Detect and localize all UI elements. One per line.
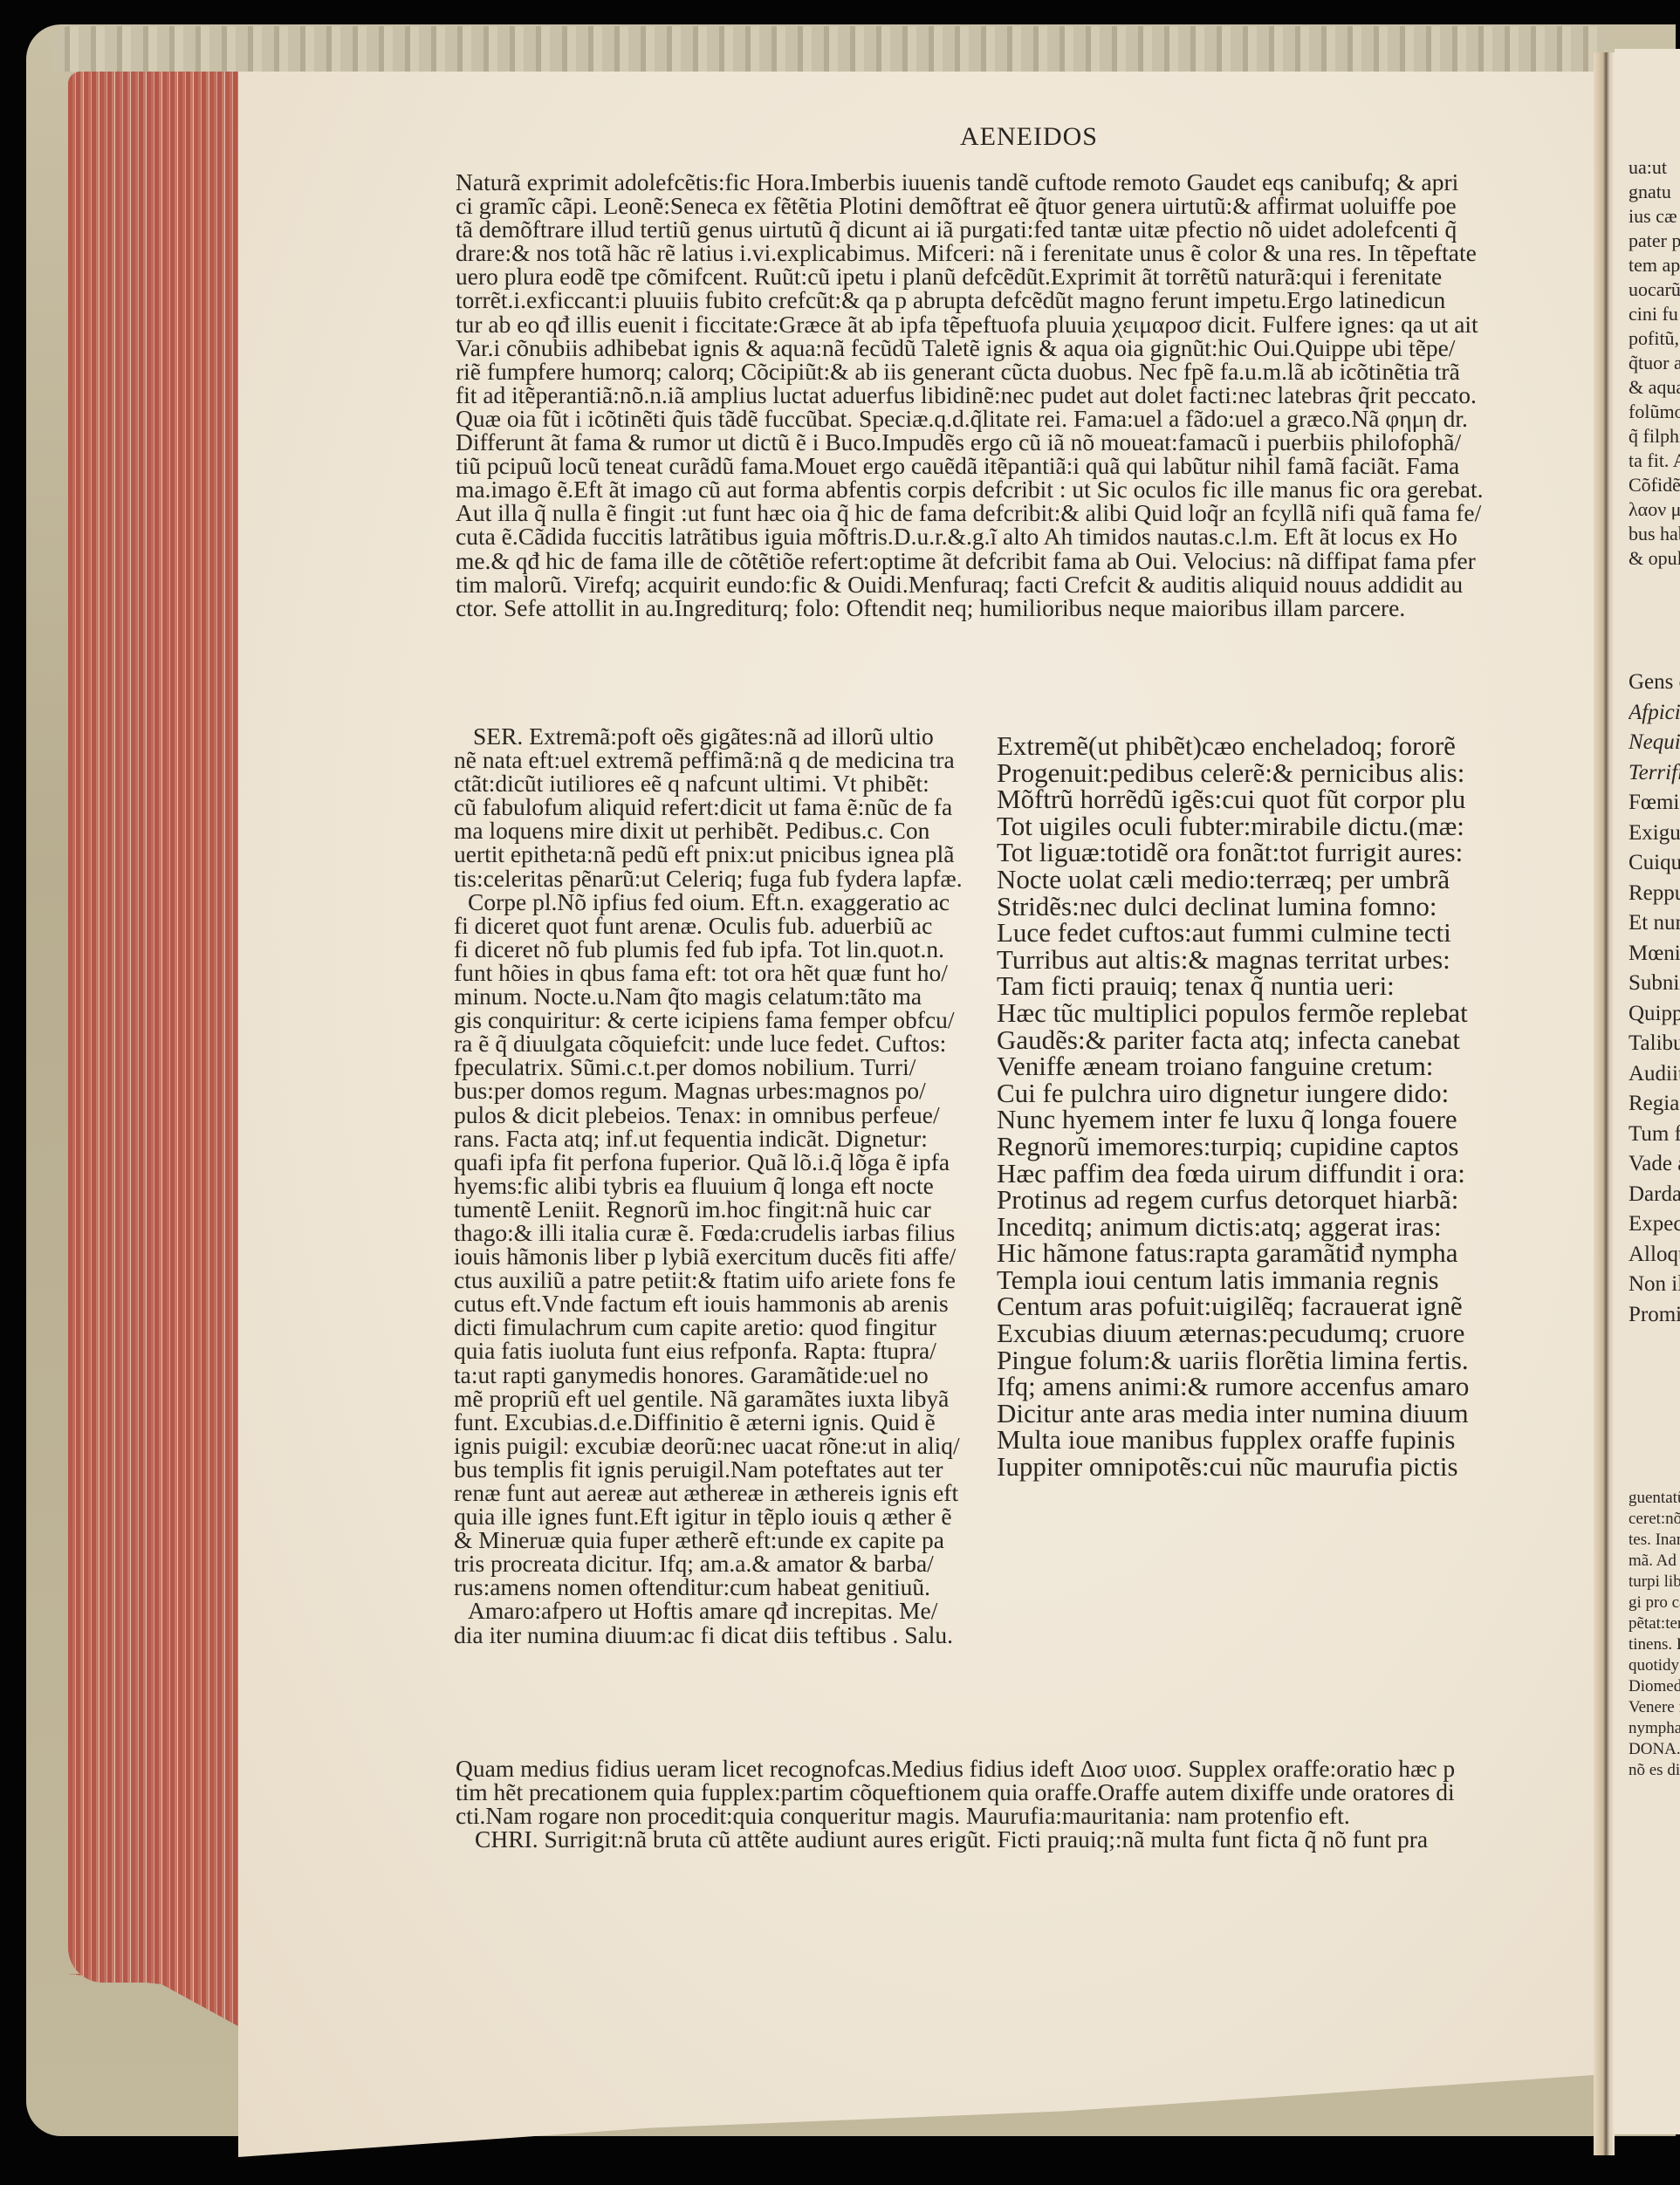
text-line: Quam medius fidius ueram licet recognofc… xyxy=(456,1757,1581,1780)
text-line: torrẽt.i.exficcant:i pluuiis fubito cref… xyxy=(456,288,1581,312)
text-line: cũ fabulofum aliquid refert:dicit ut fam… xyxy=(454,795,1012,819)
fragment: tes. Inanẽ xyxy=(1629,1530,1680,1551)
text-line: Naturã exprimit adolefcẽtis:fic Hora.Imb… xyxy=(456,170,1581,194)
text-line: cuta ẽ.Cãdida fuccitis latrãtibus iguia … xyxy=(456,524,1581,548)
text-line: ignis puigil: excubiæ deorũ:nec uacat rõ… xyxy=(454,1434,1012,1457)
text-line: bus templis fit ignis peruigil.Nam potef… xyxy=(454,1457,1012,1481)
red-stained-page-edges xyxy=(68,72,238,1983)
text-line: funt hõies in qbus fama eft: tot ora hẽt… xyxy=(454,961,1012,984)
fragment: mã. Ad n xyxy=(1629,1551,1680,1572)
verse-line: Protinus ad regem curfus detorquet hiarb… xyxy=(997,1187,1469,1214)
text-line: bus:per domos regum. Magnas urbes:magnos… xyxy=(454,1079,1012,1102)
text-line: drare:& nos totã hãc rẽ latius i.vi.expl… xyxy=(456,241,1581,264)
text-line: quia fatis iuoluta funt eius refponfa. R… xyxy=(454,1339,1012,1362)
text-line: ta:ut rapti ganymedis honores. Garamãtid… xyxy=(454,1363,1012,1387)
text-line: SER. Extremã:poft oẽs gigãtes:nã ad illo… xyxy=(454,724,1012,748)
fragment: Audiit o xyxy=(1629,1059,1680,1090)
verse-line: Nunc hyemem inter fe luxu q̃ longa fouer… xyxy=(997,1106,1469,1134)
verse-line: Turribus aut altis:& magnas territat urb… xyxy=(997,947,1469,974)
verse-line: Veniffe æneam troiano fanguine cretum: xyxy=(997,1053,1469,1080)
text-line: iouis hãmonis liber p lybiã exercitum du… xyxy=(454,1244,1012,1268)
fragment: & aqua xyxy=(1629,375,1680,400)
fragment: Et nunc xyxy=(1629,908,1680,939)
text-line: rus:amens nomen oftenditur:cum habeat ge… xyxy=(454,1575,1012,1599)
fragment: pofitũ, xyxy=(1629,326,1680,351)
fragment: Reppu xyxy=(1629,879,1680,909)
fragment: Alloque xyxy=(1629,1240,1680,1271)
fragment: Diomedis xyxy=(1629,1676,1680,1697)
fragment: Expecta xyxy=(1629,1209,1680,1240)
text-line: cutus eft.Vnde factum eft iouis hammonis… xyxy=(454,1291,1012,1315)
book-gutter xyxy=(1594,52,1615,2155)
fragment: pẽtat:terit xyxy=(1629,1613,1680,1634)
text-line: thago:& illi italia curæ ẽ. Fœda:crudeli… xyxy=(454,1221,1012,1244)
fragment: Subnix xyxy=(1629,969,1680,999)
text-line: cti.Nam rogare non procedit:quia conquer… xyxy=(456,1804,1581,1827)
text-line: tis:celeritas pẽnarũ:ut Celeriq; fuga fu… xyxy=(454,866,1012,890)
fragment: Promifit xyxy=(1629,1300,1680,1331)
text-line: quafi ipfa fit perfona fuperior. Quã lõ.… xyxy=(454,1150,1012,1174)
verse-line: Dicitur ante aras media inter numina diu… xyxy=(997,1401,1469,1428)
fragment: turpi liber xyxy=(1629,1572,1680,1593)
fragment: nymphas: xyxy=(1629,1718,1680,1739)
fragment: nõ es dign xyxy=(1629,1760,1680,1781)
aeneid-verse-text: Extremẽ(ut phibẽt)cæo encheladoq; fororẽ… xyxy=(997,733,1469,1481)
text-line: fit ad itẽperantiã:nõ.n.iã amplius lucta… xyxy=(456,383,1581,407)
text-line: tim hẽt precationem quia fupplex:partim … xyxy=(456,1780,1581,1804)
verse-line: Luce fedet cuftos:aut fummi culmine tect… xyxy=(997,920,1469,947)
text-line: uertit epitheta:nã pedũ eft pnix:ut pnic… xyxy=(454,842,1012,866)
verse-line: Inceditq; animum dictis:atq; aggerat ira… xyxy=(997,1214,1469,1241)
fragment: Cõfidẽs xyxy=(1629,473,1680,497)
text-line: nẽ nata eft:uel extremã peffimã:nã q de … xyxy=(454,748,1012,771)
text-line: Corpe pl.Nõ ipfius fed oium. Eft.n. exag… xyxy=(454,890,1012,914)
text-line: tur ab eo qđ illis euenit i ficcitate:Gr… xyxy=(456,312,1581,336)
fragment: Regia:& xyxy=(1629,1089,1680,1120)
text-line: dicti fimulachrum cum capite aretio: quo… xyxy=(454,1315,1012,1339)
binding-headcap xyxy=(52,26,1606,72)
fragment: DONA. xyxy=(1629,1739,1680,1760)
text-line: quia ille ignes funt.Eft igitur in tẽplo… xyxy=(454,1504,1012,1528)
verse-line: Hæc tũc multiplici populos fermõe repleb… xyxy=(997,1000,1469,1027)
fragment: Fœmin xyxy=(1629,788,1680,819)
fragment: pater p xyxy=(1629,229,1680,253)
text-line: pulos & dicit plebeios. Tenax: in omnibu… xyxy=(454,1103,1012,1127)
text-line: fpeculatrix. Sũmi.c.t.per domos nobilium… xyxy=(454,1055,1012,1079)
facing-page-verse-fragments: Gens ep Afpicis Nequi Terrific Fœmin Exi… xyxy=(1629,668,1680,1330)
text-line: Amaro:afpero ut Hoftis amare qđ increpit… xyxy=(454,1599,1012,1622)
verse-line: Hæc paffim dea fœda uirum diffundit i or… xyxy=(997,1161,1469,1188)
text-line: fi diceret nõ fub plumis fed fub ipfa. T… xyxy=(454,937,1012,961)
fragment: cini fu xyxy=(1629,302,1680,326)
fragment: bus hab xyxy=(1629,522,1680,546)
fragment: tem ap xyxy=(1629,253,1680,277)
text-line: rans. Facta atq; inf.ut fequentia indicã… xyxy=(454,1127,1012,1150)
verse-line: Iuppiter omnipotẽs:cui nũc maurufia pict… xyxy=(997,1454,1469,1481)
fragment: Tum fic xyxy=(1629,1120,1680,1150)
fragment: λαον μ xyxy=(1629,497,1680,522)
verse-line: Multa ioue manibus fupplex oraffe fupini… xyxy=(997,1427,1469,1454)
text-line: ctus auxiliũ a patre petiit:& ftatim uif… xyxy=(454,1268,1012,1291)
text-line: ctor. Sefe attollit in au.Ingrediturq; f… xyxy=(456,596,1581,620)
text-line: CHRI. Surrigit:nã bruta cũ attẽte audiun… xyxy=(456,1827,1581,1851)
fragment: quotidy de xyxy=(1629,1655,1680,1676)
fragment: gi pro car xyxy=(1629,1593,1680,1613)
text-line: funt. Excubias.d.e.Diffinitio ẽ æterni i… xyxy=(454,1410,1012,1434)
text-line: minum. Nocte.u.Nam q̃to magis celatum:tã… xyxy=(454,984,1012,1008)
fragment: folũmo xyxy=(1629,400,1680,424)
verse-line: Mõftrũ horrẽdũ igẽs:cui quot fũt corpor … xyxy=(997,786,1469,813)
text-line: renæ funt aut aereæ aut æthereæ in æther… xyxy=(454,1481,1012,1504)
verse-line: Extremẽ(ut phibẽt)cæo encheladoq; fororẽ xyxy=(997,733,1469,760)
fragment: Cuique xyxy=(1629,848,1680,879)
verse-line: Tam ficti prauiq; tenax q̃ nuntia ueri: xyxy=(997,973,1469,1000)
fragment: q̃tuor a xyxy=(1629,351,1680,375)
fragment: Venere fit xyxy=(1629,1697,1680,1718)
fragment: guentatũ f xyxy=(1629,1488,1680,1509)
verse-line: Hic hãmone fatus:rapta garamãtiđ nympha xyxy=(997,1240,1469,1267)
facing-page-top-fragments: ua:ut gnatu ius cæ pater p tem ap uocarũ… xyxy=(1629,155,1680,571)
verse-line: Cui fe pulchra uiro dignetur iungere did… xyxy=(997,1080,1469,1107)
verse-line: Templa ioui centum latis immania regnis xyxy=(997,1267,1469,1294)
verse-line: Ifq; amens animi:& rumore accenfus amaro xyxy=(997,1373,1469,1401)
fragment: tinens. Bi xyxy=(1629,1634,1680,1655)
fragment: gnatu xyxy=(1629,180,1680,204)
text-line: fi diceret quot funt arenæ. Oculis fub. … xyxy=(454,914,1012,937)
fragment: Mœnia xyxy=(1629,939,1680,969)
text-line: me.& qđ hic de fama ille de cõtẽtiõe ref… xyxy=(456,549,1581,572)
fragment: ceret:nõ m xyxy=(1629,1509,1680,1530)
commentary-left-column: SER. Extremã:poft oẽs gigãtes:nã ad illo… xyxy=(454,724,1012,1647)
fragment: ius cæ xyxy=(1629,204,1680,229)
text-line: uero plura eodẽ tpe cõmifcent. Ruũt:cũ i… xyxy=(456,264,1581,288)
fragment: Nequi xyxy=(1629,728,1680,758)
text-line: ma.imago ẽ.Eft ãt imago cũ aut forma abf… xyxy=(456,477,1581,501)
text-line: hyems:fic alibi tybris ea fluuium q̃ lon… xyxy=(454,1174,1012,1197)
text-line: tris procreata dicitur. Ifq; am.a.& amat… xyxy=(454,1551,1012,1575)
fragment: & opulẽ xyxy=(1629,546,1680,571)
text-line: mẽ propriũ eft uel gentile. Nã garamãtes… xyxy=(454,1387,1012,1410)
text-line: gis conquiritur: & certe icipiens fama f… xyxy=(454,1008,1012,1031)
text-line: ra ẽ q̃ diuulgata cõquiefcit: unde luce … xyxy=(454,1031,1012,1055)
facing-page-bottom-fragments: guentatũ f ceret:nõ m tes. Inanẽ mã. Ad … xyxy=(1629,1488,1680,1781)
text-line: Differunt ãt fama & rumor ut dictũ ẽ i B… xyxy=(456,430,1581,454)
fragment: q̃ filphi xyxy=(1629,424,1680,449)
running-head: AENEIDOS xyxy=(960,122,1098,152)
fragment: Dardani xyxy=(1629,1180,1680,1210)
fragment: Non illu xyxy=(1629,1270,1680,1300)
verse-line: Stridẽs:nec dulci declinat lumina fomno: xyxy=(997,894,1469,921)
text-line: Aut illa q̃ nulla ẽ fingit :ut funt hæc … xyxy=(456,501,1581,524)
text-line: tã demõftrare illud tertiũ genus uirtutũ… xyxy=(456,217,1581,241)
verse-line: Centum aras pofuit:uigilẽq; facrauerat i… xyxy=(997,1293,1469,1320)
fragment: uocarũ xyxy=(1629,277,1680,302)
verse-line: Gaudẽs:& pariter facta atq; infecta cane… xyxy=(997,1027,1469,1054)
text-line: riẽ fumpfere humorq; calorq; Cõcipiũt:& … xyxy=(456,360,1581,383)
text-line: Quæ oia fũt i icõtinẽti q̃uis tãdẽ fuccũ… xyxy=(456,407,1581,430)
fragment: ta fit. A xyxy=(1629,449,1680,473)
verse-line: Nocte uolat cæli medio:terræq; per umbrã xyxy=(997,866,1469,894)
text-line: Var.i cõnubiis adhibebat ignis & aqua:nã… xyxy=(456,336,1581,360)
fragment: Terrific xyxy=(1629,758,1680,789)
fragment: Quipp xyxy=(1629,999,1680,1030)
text-line: tim malorũ. Virefq; acquirit eundo:fic &… xyxy=(456,572,1581,596)
verse-line: Pingue folum:& uariis florẽtia limina fe… xyxy=(997,1347,1469,1374)
text-line: ctãt:dicũt iutiliores eẽ q nafcunt ultim… xyxy=(454,771,1012,795)
fragment: Vade ag xyxy=(1629,1149,1680,1180)
text-line: ma loquens mire dixit ut perhibẽt. Pedib… xyxy=(454,819,1012,842)
text-line: dia iter numina diuum:ac fi dicat diis t… xyxy=(454,1623,1012,1647)
fragment: Talibus xyxy=(1629,1029,1680,1059)
fragment: Afpicis xyxy=(1629,698,1680,729)
commentary-bottom: Quam medius fidius ueram licet recognofc… xyxy=(456,1757,1581,1851)
verse-line: Excubias diuum æternas:pecudumq; cruore xyxy=(997,1320,1469,1347)
verse-line: Tot uigiles oculi fubter:mirabile dictu.… xyxy=(997,813,1469,840)
text-line: tumentẽ Leniit. Regnorũ im.hoc fingit:nã… xyxy=(454,1197,1012,1221)
verse-line: Regnorũ imemores:turpiq; cupidine captos xyxy=(997,1134,1469,1161)
fragment: Exigua xyxy=(1629,819,1680,849)
text-line: tiũ pcipuũ locũ teneat curãdũ fama.Mouet… xyxy=(456,454,1581,477)
fragment: ua:ut xyxy=(1629,155,1680,180)
verse-line: Tot liguæ:totidẽ ora fonãt:tot furrigit … xyxy=(997,839,1469,866)
text-line: ci gramĩc cãpi. Leonẽ:Seneca ex fẽtẽtia … xyxy=(456,194,1581,217)
text-line: & Mineruæ quia fuper ætherẽ eft:unde ex … xyxy=(454,1528,1012,1551)
verse-line: Progenuit:pedibus celerẽ:& pernicibus al… xyxy=(997,760,1469,787)
commentary-top: Naturã exprimit adolefcẽtis:fic Hora.Imb… xyxy=(456,170,1581,620)
fragment: Gens ep xyxy=(1629,668,1680,698)
